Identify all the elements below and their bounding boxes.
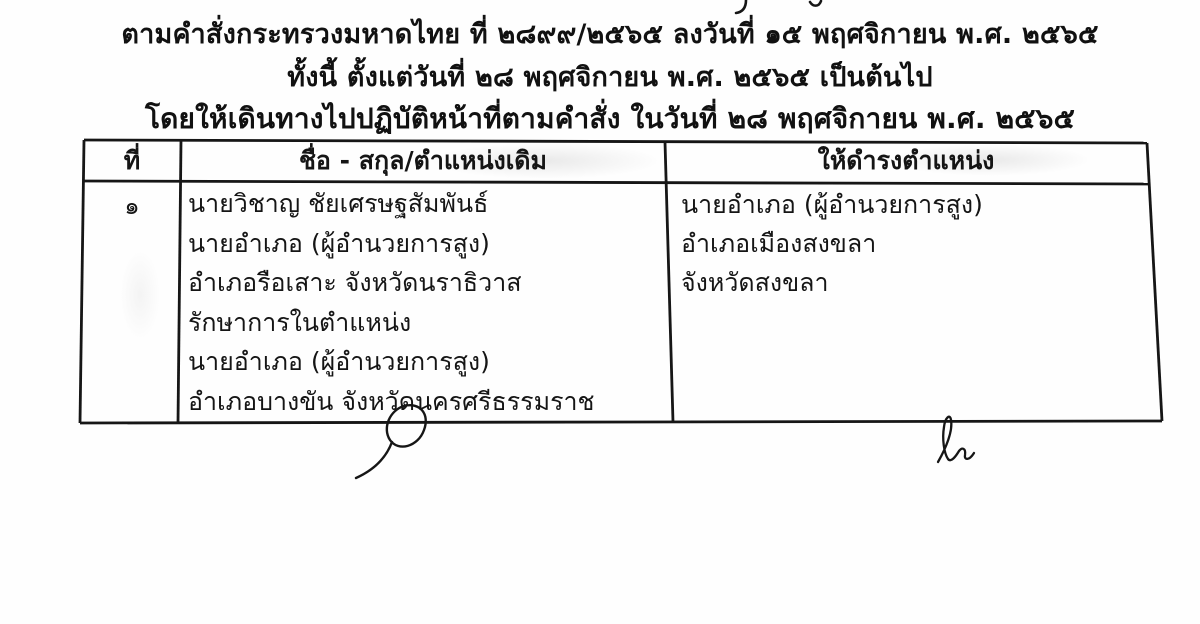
former-line: รักษาการในตำแหน่ง [188, 303, 595, 343]
order-reference-line: ตามคำสั่งกระทรวงมหาดไทย ที่ ๒๘๙๙/๒๕๖๕ ลง… [20, 12, 1200, 55]
new-position-line: นายอำเภอ (ผู้อำนวยการสูง) [681, 186, 983, 225]
new-position-cell: นายอำเภอ (ผู้อำนวยการสูง) อำเภอเมืองสงขล… [681, 186, 983, 302]
former-line: อำเภอรือเสาะ จังหวัดนราธิวาส [188, 263, 595, 303]
former-line: นายอำเภอ (ผู้อำนวยการสูง) [188, 224, 595, 264]
former-position-cell: นายวิชาญ ชัยเศรษฐสัมพันธ์ นายอำเภอ (ผู้อ… [188, 184, 595, 422]
former-line: นายอำเภอ (ผู้อำนวยการสูง) [188, 342, 595, 382]
effective-date-line: ทั้งนี้ ตั้งแต่วันที่ ๒๘ พฤศจิกายน พ.ศ. … [20, 55, 1200, 98]
document-page: ตามคำสั่งกระทรวงมหาดไทย ที่ ๒๘๙๙/๒๕๖๕ ลง… [0, 0, 1200, 624]
former-line: นายวิชาญ ชัยเศรษฐสัมพันธ์ [188, 184, 595, 224]
travel-instruction-line: โดยให้เดินทางไปปฏิบัติหน้าที่ตามคำสั่ง ใ… [20, 97, 1200, 141]
new-position-line: จังหวัดสงขลา [681, 264, 983, 303]
col-header-new-position: ให้ดำรงตำแหน่ง [665, 141, 1147, 181]
former-line: อำเภอบางขัน จังหวัดนครศรีธรรมราช [188, 382, 595, 422]
new-position-line: อำเภอเมืองสงขลา [681, 225, 983, 264]
handwritten-squiggle-mark [938, 417, 974, 462]
row-number: ๑ [84, 186, 180, 224]
col-header-former-position: ชื่อ - สกุล/ตำแหน่งเดิม [181, 141, 665, 181]
scan-smudge [120, 250, 160, 340]
col-header-number: ที่ [84, 141, 180, 181]
